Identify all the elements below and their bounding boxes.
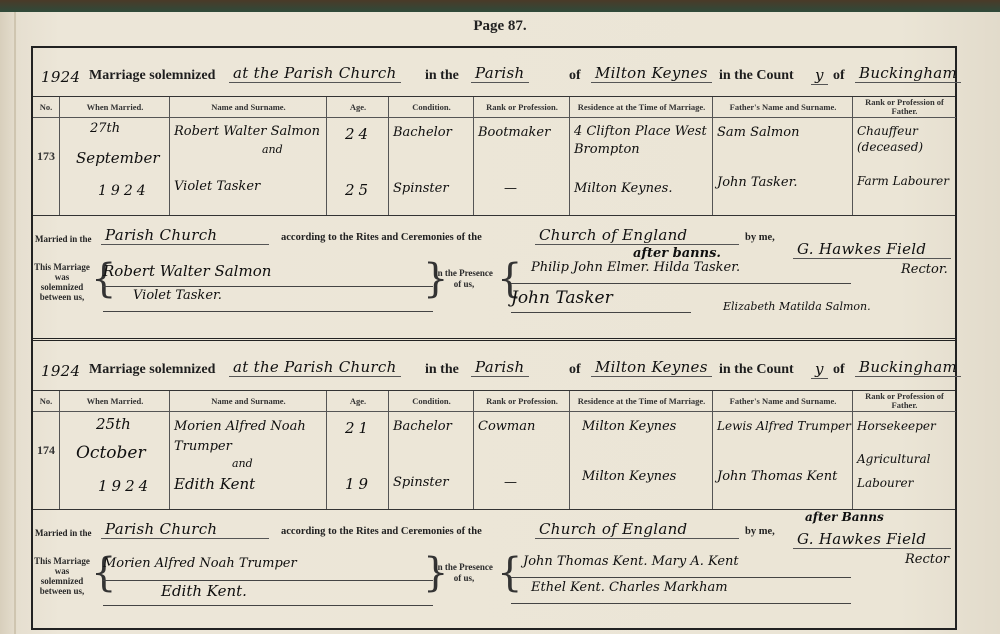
witness-line-1: Philip John Elmer. Hilda Tasker. bbox=[511, 260, 851, 284]
married-in-value: Parish Church bbox=[101, 226, 269, 245]
in-the-label: in the bbox=[425, 68, 459, 84]
bride-father-name: John Thomas Kent bbox=[717, 469, 837, 484]
col-residence: Residence at the Time of Marriage. Milto… bbox=[569, 391, 713, 509]
solemnized-label: Marriage solemnized bbox=[89, 68, 215, 84]
header-residence: Residence at the Time of Marriage. bbox=[570, 391, 713, 412]
bride-condition: Spinster bbox=[393, 475, 449, 490]
married-in-label: Married in the bbox=[35, 234, 92, 244]
bride-residence: Milton Keynes bbox=[582, 469, 676, 484]
this-marriage-label: This Marriage was solemnized between us, bbox=[33, 556, 91, 596]
signatures-section: This Marriage was solemnized between us,… bbox=[33, 548, 955, 628]
date-month: October bbox=[76, 443, 146, 463]
bride-father-name: John Tasker. bbox=[717, 175, 798, 190]
witness-line-3: Elizabeth Matilda Salmon. bbox=[723, 300, 871, 313]
bride-age: 19 bbox=[345, 475, 372, 493]
bride-condition: Spinster bbox=[393, 181, 449, 196]
header-no: No. bbox=[33, 391, 59, 412]
header-when-married: When Married. bbox=[60, 97, 170, 118]
rites-line: Married in the Parish Church according t… bbox=[33, 220, 955, 250]
bride-signature: Violet Tasker. bbox=[103, 288, 433, 312]
married-in-label: Married in the bbox=[35, 528, 92, 538]
officiant-title: Rector bbox=[905, 552, 949, 567]
date-day: 27th bbox=[90, 121, 120, 136]
entry-number: 173 bbox=[33, 149, 59, 164]
header-when-married: When Married. bbox=[60, 391, 170, 412]
header-profession: Rank or Profession. bbox=[474, 391, 570, 412]
bride-name: Violet Tasker bbox=[174, 179, 260, 194]
bride-profession: — bbox=[504, 475, 517, 490]
presence-label: in the Presence of us, bbox=[433, 562, 495, 584]
bride-signature: Edith Kent. bbox=[103, 582, 433, 606]
entry-year: 1924 bbox=[41, 68, 80, 87]
groom-father-name: Sam Salmon bbox=[717, 125, 799, 140]
header-age: Age. bbox=[327, 391, 389, 412]
entry-table: No. 173 When Married. 27th September 192… bbox=[33, 96, 955, 216]
date-month: September bbox=[76, 149, 160, 167]
entry-table: No. 174 When Married. 25th October 1924 … bbox=[33, 390, 955, 510]
groom-condition: Bachelor bbox=[393, 419, 452, 434]
date-year: 1924 bbox=[98, 477, 152, 495]
header-father-name: Father's Name and Surname. bbox=[713, 391, 853, 412]
groom-age: 21 bbox=[345, 419, 372, 437]
rites-of-value: Church of England bbox=[535, 226, 739, 245]
of-label-2: of bbox=[833, 68, 845, 84]
officiant-title: Rector. bbox=[901, 262, 948, 277]
entry-number: 174 bbox=[33, 443, 59, 458]
groom-name: Robert Walter Salmon bbox=[174, 123, 322, 141]
header-condition: Condition. bbox=[389, 391, 474, 412]
col-when-married: When Married. 27th September 1924 bbox=[59, 97, 170, 215]
groom-father-name: Lewis Alfred Trumper bbox=[717, 419, 851, 433]
witness-line-1: John Thomas Kent. Mary A. Kent bbox=[511, 554, 851, 578]
date-year: 1924 bbox=[98, 183, 150, 199]
groom-condition: Bachelor bbox=[393, 125, 452, 140]
col-condition: Condition. Bachelor Spinster bbox=[388, 391, 474, 509]
col-condition: Condition. Bachelor Spinster bbox=[388, 97, 474, 215]
entry-year: 1924 bbox=[41, 362, 80, 381]
col-residence: Residence at the Time of Marriage. 4 Cli… bbox=[569, 97, 713, 215]
banns-note: after Banns bbox=[805, 510, 884, 524]
col-father-profession: Rank or Profession of Father. Chauffeur … bbox=[852, 97, 956, 215]
groom-name: Morien Alfred Noah Trumper bbox=[174, 417, 324, 457]
groom-residence: 4 Clifton Place West Brompton bbox=[574, 123, 710, 159]
col-age: Age. 21 19 bbox=[326, 391, 389, 509]
header-name: Name and Surname. bbox=[170, 97, 327, 118]
groom-profession: Bootmaker bbox=[478, 125, 550, 140]
place-value: Milton Keynes bbox=[591, 358, 712, 377]
bride-father-profession: Agricultural Labourer bbox=[857, 447, 967, 495]
bride-age: 25 bbox=[345, 181, 372, 199]
parish-value: Parish bbox=[471, 358, 529, 377]
col-name: Name and Surname. Morien Alfred Noah Tru… bbox=[169, 391, 327, 509]
groom-residence: Milton Keynes bbox=[582, 419, 676, 434]
presence-label: in the Presence of us, bbox=[433, 268, 495, 290]
col-number: No. 174 bbox=[33, 391, 59, 509]
county-suffix: y bbox=[811, 360, 828, 379]
register-page: Page 87. 1924 Marriage solemnized at the… bbox=[0, 12, 1000, 634]
col-when-married: When Married. 25th October 1924 bbox=[59, 391, 170, 509]
bride-residence: Milton Keynes. bbox=[574, 181, 672, 196]
year-value: 1924 bbox=[41, 68, 80, 86]
groom-father-profession: Horsekeeper bbox=[857, 419, 936, 433]
rites-line: Married in the Parish Church according t… bbox=[33, 514, 955, 544]
col-profession: Rank or Profession. Cowman — bbox=[473, 391, 570, 509]
of-label: of bbox=[569, 68, 581, 84]
by-me-label: by me, bbox=[745, 232, 775, 243]
col-number: No. 173 bbox=[33, 97, 59, 215]
col-age: Age. 24 25 bbox=[326, 97, 389, 215]
signatures-section: This Marriage was solemnized between us,… bbox=[33, 254, 955, 334]
according-label: according to the Rites and Ceremonies of… bbox=[281, 526, 482, 537]
witness-line-2: Ethel Kent. Charles Markham bbox=[511, 580, 851, 604]
header-father-profession: Rank or Profession of Father. bbox=[853, 391, 956, 412]
date-day: 25th bbox=[96, 415, 131, 433]
rites-of-value: Church of England bbox=[535, 520, 739, 539]
header-name: Name and Surname. bbox=[170, 391, 327, 412]
county-value: Buckingham bbox=[855, 358, 961, 377]
header-father-name: Father's Name and Surname. bbox=[713, 97, 853, 118]
solemnized-label: Marriage solemnized bbox=[89, 362, 215, 378]
county-label: in the Count bbox=[719, 362, 794, 378]
col-father-name: Father's Name and Surname. Lewis Alfred … bbox=[712, 391, 853, 509]
header-father-profession: Rank or Profession of Father. bbox=[853, 97, 956, 118]
married-in-value: Parish Church bbox=[101, 520, 269, 539]
bride-father-profession: Farm Labourer bbox=[857, 173, 955, 189]
parish-value: Parish bbox=[471, 64, 529, 83]
entry-heading: 1924 Marriage solemnized at the Parish C… bbox=[33, 342, 955, 390]
this-marriage-label: This Marriage was solemnized between us, bbox=[33, 262, 91, 302]
header-residence: Residence at the Time of Marriage. bbox=[570, 97, 713, 118]
conjunction: and bbox=[232, 457, 253, 470]
county-label: in the Count bbox=[719, 68, 794, 84]
header-age: Age. bbox=[327, 97, 389, 118]
col-father-profession: Rank or Profession of Father. Horsekeepe… bbox=[852, 391, 956, 509]
col-father-name: Father's Name and Surname. Sam Salmon Jo… bbox=[712, 97, 853, 215]
groom-father-profession: Chauffeur (deceased) bbox=[857, 123, 955, 155]
groom-signature: Robert Walter Salmon bbox=[103, 262, 433, 287]
in-the-label: in the bbox=[425, 362, 459, 378]
col-name: Name and Surname. Robert Walter Salmon a… bbox=[169, 97, 327, 215]
conjunction: and bbox=[262, 143, 283, 156]
book-gutter bbox=[14, 12, 16, 634]
place-value: Milton Keynes bbox=[591, 64, 712, 83]
bride-name: Edith Kent bbox=[174, 475, 255, 493]
groom-profession: Cowman bbox=[478, 419, 535, 434]
according-label: according to the Rites and Ceremonies of… bbox=[281, 232, 482, 243]
witness-line-2: John Tasker bbox=[511, 288, 691, 313]
solemnized-at-value: at the Parish Church bbox=[229, 64, 401, 83]
groom-signature: Morien Alfred Noah Trumper bbox=[103, 556, 433, 581]
col-profession: Rank or Profession. Bootmaker — bbox=[473, 97, 570, 215]
county-value: Buckingham bbox=[855, 64, 961, 83]
bride-profession: — bbox=[504, 181, 517, 196]
entry-heading: 1924 Marriage solemnized at the Parish C… bbox=[33, 48, 955, 96]
county-suffix: y bbox=[811, 66, 828, 85]
officiant-signature: G. Hawkes Field bbox=[793, 530, 951, 549]
marriage-entry-174: 1924 Marriage solemnized at the Parish C… bbox=[33, 342, 955, 628]
of-label-2: of bbox=[833, 362, 845, 378]
year-value: 1924 bbox=[41, 362, 80, 380]
of-label: of bbox=[569, 362, 581, 378]
register-frame: 1924 Marriage solemnized at the Parish C… bbox=[31, 46, 957, 630]
groom-age: 24 bbox=[345, 125, 372, 143]
header-condition: Condition. bbox=[389, 97, 474, 118]
header-profession: Rank or Profession. bbox=[474, 97, 570, 118]
header-no: No. bbox=[33, 97, 59, 118]
page-number: Page 87. bbox=[0, 18, 1000, 35]
marriage-entry-173: 1924 Marriage solemnized at the Parish C… bbox=[33, 48, 955, 341]
by-me-label: by me, bbox=[745, 526, 775, 537]
solemnized-at-value: at the Parish Church bbox=[229, 358, 401, 377]
